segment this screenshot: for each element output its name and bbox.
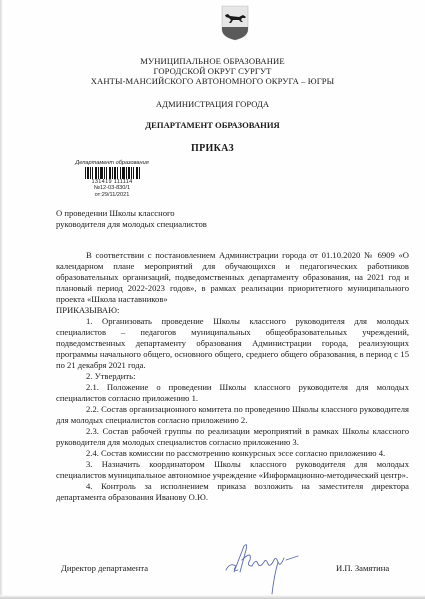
subject-line-1: О проведении Школы классного: [56, 208, 207, 219]
order-item-4: 4. Контроль за исполнением приказа возло…: [56, 481, 409, 503]
document-title: ПРИКАЗ: [0, 143, 425, 154]
signatory-name: И.П. Замятина: [336, 563, 389, 573]
stamp-organization: Департамент образования: [64, 160, 160, 167]
order-item-1: 1. Организовать проведение Школы классно…: [56, 316, 409, 371]
order-item-3: 3. Назначить координатором Школы классно…: [56, 459, 409, 481]
letterhead: МУНИЦИПАЛЬНОЕ ОБРАЗОВАНИЕ ГОРОДСКОЙ ОКРУ…: [0, 56, 425, 86]
order-item-2-3: 2.3. Состав рабочей группы по реализации…: [56, 426, 409, 448]
order-item-2-4: 2.4. Состав комиссии по рассмотрению кон…: [56, 448, 409, 459]
subject-line-2: руководителя для молодых специалистов: [56, 219, 207, 230]
letterhead-line-2: ГОРОДСКОЙ ОКРУГ СУРГУТ: [0, 66, 425, 76]
department-label: ДЕПАРТАМЕНТ ОБРАЗОВАНИЯ: [0, 120, 425, 130]
letterhead-line-3: ХАНТЫ-МАНСИЙСКОГО АВТОНОМНОГО ОКРУГА – Ю…: [0, 76, 425, 86]
order-item-2-1: 2.1. Положение о проведении Школы классн…: [56, 382, 409, 404]
barcode-icon: [82, 167, 142, 179]
registration-number: №12-03-830/1: [64, 185, 160, 192]
order-subject: О проведении Школы классного руководител…: [56, 208, 207, 230]
order-body: В соответствии с постановлением Админист…: [56, 250, 409, 503]
signature-block: Директор департамента И.П. Замятина: [0, 561, 425, 575]
order-item-2: 2. Утвердить:: [56, 371, 409, 382]
scan-bottom-shadow: [0, 595, 425, 599]
registration-date: от:29/11/2021: [64, 192, 160, 199]
order-item-2-2: 2.2. Состав организационного комитета по…: [56, 404, 409, 426]
letterhead-line-1: МУНИЦИПАЛЬНОЕ ОБРАЗОВАНИЕ: [0, 56, 425, 66]
signatory-position: Директор департамента: [61, 563, 148, 573]
administration-label: АДМИНИСТРАЦИЯ ГОРОДА: [0, 99, 425, 109]
registration-stamp: Департамент образования 131419 111114 №1…: [64, 160, 160, 199]
coat-of-arms-icon: [221, 5, 249, 41]
document-page: МУНИЦИПАЛЬНОЕ ОБРАЗОВАНИЕ ГОРОДСКОЙ ОКРУ…: [0, 0, 425, 599]
scan-edge-shadow: [0, 0, 3, 599]
order-word: ПРИКАЗЫВАЮ:: [56, 305, 409, 316]
preamble-paragraph: В соответствии с постановлением Админист…: [56, 250, 409, 305]
